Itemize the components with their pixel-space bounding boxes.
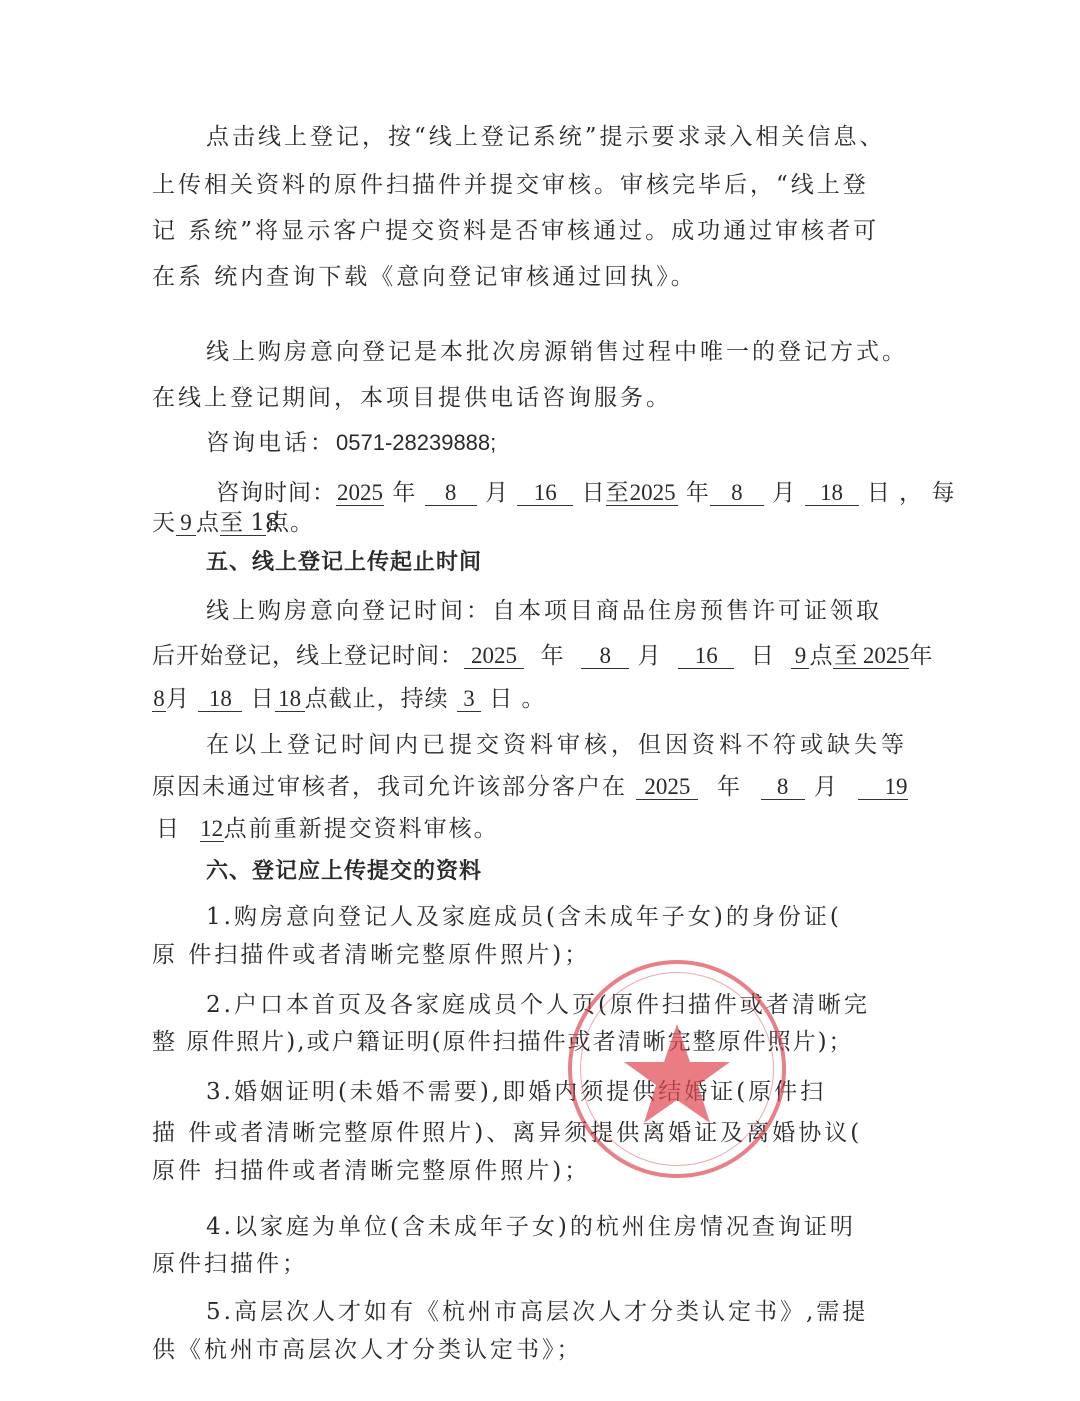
resubmit-month: 8 (761, 775, 805, 800)
reg-start-hour: 9 (791, 644, 809, 669)
registration-end: 8月 18 日18点截止，持续 3 日 。 (152, 684, 546, 714)
resubmit-hour: 12 (200, 817, 224, 842)
list-item-3-line-2: 描 件或者清晰完整原件照片)、离异须提供离婚证及离婚协议( (152, 1118, 862, 1148)
list-item-5-line-2: 供《杭州市高层次人才分类认定书》； (152, 1335, 583, 1365)
reg-end-day: 18 (198, 687, 242, 712)
comma: ， (899, 480, 923, 506)
day-label: 日 (251, 686, 275, 712)
every-label: 每 (931, 480, 955, 506)
resubmit-suffix: 点前重新提交资料审核。 (224, 816, 499, 842)
paragraph-text: 在线上登记期间，本项目提供电话咨询服务。 (152, 383, 672, 413)
hour-end-label: 点。 (266, 510, 314, 536)
year-label: 年 (686, 480, 710, 506)
reg-end-year-value: 2025 (863, 643, 909, 668)
year-label: 年 (717, 774, 742, 800)
reg-end-year: 至 2025 (833, 644, 909, 669)
reg-start-day: 16 (678, 644, 734, 669)
list-item-2-line-2: 整 原件照片),或户籍证明(原件扫描件或者清晰完整原件照片)； (152, 1027, 854, 1057)
consult-phone-label: 咨询电话： (206, 430, 336, 456)
consult-start-year: 2025 (336, 481, 384, 506)
daily-end-hour: 至 18 (220, 511, 266, 536)
consult-end-year: 2025 (628, 481, 678, 506)
month-label: 月 (485, 480, 509, 506)
reg-start-month: 8 (581, 644, 629, 669)
consult-start-day: 16 (517, 481, 573, 506)
to-label: 至 (834, 643, 857, 668)
daily-start-hour: 9 (176, 511, 196, 536)
consult-phone: 咨询电话：0571-28239888; (206, 428, 496, 458)
paragraph-text: 上传相关资料的原件扫描件并提交审核。审核完毕后，“线上登 (152, 170, 869, 200)
consult-phone-number: 0571-28239888; (336, 430, 496, 455)
list-item-1-line-1: 1.购房意向登记人及家庭成员(含未成年子女)的身份证( (206, 902, 842, 932)
resubmit-period: 原因未通过审核者，我司允许该部分客户在 2025 年 8 月 19 (152, 772, 908, 802)
consult-daily-hours: 天9点至 18点。 (152, 508, 314, 538)
day-label: 日 (867, 480, 891, 506)
list-item-3-line-1: 3.婚姻证明(未婚不需要),即婚内须提供结婚证(原件扫 (206, 1077, 826, 1107)
paragraph-text: 在以上登记时间内已提交资料审核，但因资料不符或缺失等 (206, 730, 908, 760)
resubmit-deadline: 日 12点前重新提交资料审核。 (156, 814, 499, 844)
resubmit-year: 2025 (636, 775, 698, 800)
to-label: 至 (606, 481, 628, 506)
consult-start-month: 8 (425, 481, 477, 506)
section-6-heading: 六、登记应上传提交的资料 (206, 857, 482, 887)
month-label: 月 (814, 774, 839, 800)
list-item-2-line-1: 2.户口本首页及各家庭成员个人页(原件扫描件或者清晰完 (206, 990, 870, 1020)
paragraph-text: 线上购房意向登记时间：自本项目商品住房预售许可证领取 (206, 596, 882, 626)
paragraph-text: 记 系统”将显示客户提交资料是否审核通过。成功通过审核者可 (152, 216, 879, 246)
month-label: 月 (638, 643, 662, 669)
to-label: 至 (220, 510, 243, 536)
consult-end-month: 8 (710, 481, 764, 506)
day-label: 日 (582, 480, 606, 506)
days-end-label: 日 。 (489, 686, 545, 712)
consult-end-day: 18 (805, 481, 859, 506)
section-5-heading: 五、线上登记上传起止时间 (206, 548, 482, 578)
list-item-5-line-1: 5.高层次人才如有《杭州市高层次人才分类认定书》,需提 (206, 1297, 868, 1327)
hour-label: 点 (809, 643, 833, 669)
registration-prefix: 后开始登记，线上登记时间： (152, 643, 464, 669)
reg-start-year: 2025 (464, 644, 524, 669)
resubmit-prefix: 原因未通过审核者，我司允许该部分客户在 (152, 774, 627, 800)
hour-label: 点 (196, 510, 220, 536)
list-item-4-line-2: 原件扫描件； (152, 1249, 308, 1279)
month-label: 月 (772, 480, 796, 506)
consult-time: 咨询时间：2025 年 8 月 16 日至2025 年8 月 18 日 ， 每 (216, 478, 955, 508)
day-label: 日 (751, 643, 775, 669)
reg-end-month: 8 (152, 687, 166, 712)
deadline-label: 点截止，持续 (305, 686, 449, 712)
list-item-3-line-3: 原件 扫描件或者清晰完整原件照片)； (152, 1156, 590, 1186)
month-label: 月 (166, 686, 190, 712)
paragraph-text: 点击线上登记，按“线上登记系统”提示要求录入相关信息、 (206, 122, 886, 152)
day-label: 日 (156, 816, 181, 842)
reg-duration: 3 (457, 687, 481, 712)
resubmit-day: 19 (858, 775, 908, 800)
registration-period: 后开始登记，线上登记时间：2025 年 8 月 16 日 9点至 2025年 (152, 641, 933, 671)
paragraph-text: 线上购房意向登记是本批次房源销售过程中唯一的登记方式。 (206, 337, 908, 367)
list-item-4-line-1: 4.以家庭为单位(含未成年子女)的杭州住房情况查询证明 (206, 1212, 856, 1242)
year-label: 年 (541, 643, 565, 669)
consult-time-label: 咨询时间： (216, 480, 336, 506)
reg-end-hour: 18 (275, 687, 305, 712)
year-label: 年 (392, 480, 416, 506)
paragraph-text: 在系 统内查询下载《意向登记审核通过回执》。 (152, 262, 697, 292)
list-item-1-line-2: 原 件扫描件或者清晰完整原件照片)； (152, 940, 590, 970)
year-label: 年 (909, 643, 933, 669)
day-word: 天 (152, 510, 176, 536)
